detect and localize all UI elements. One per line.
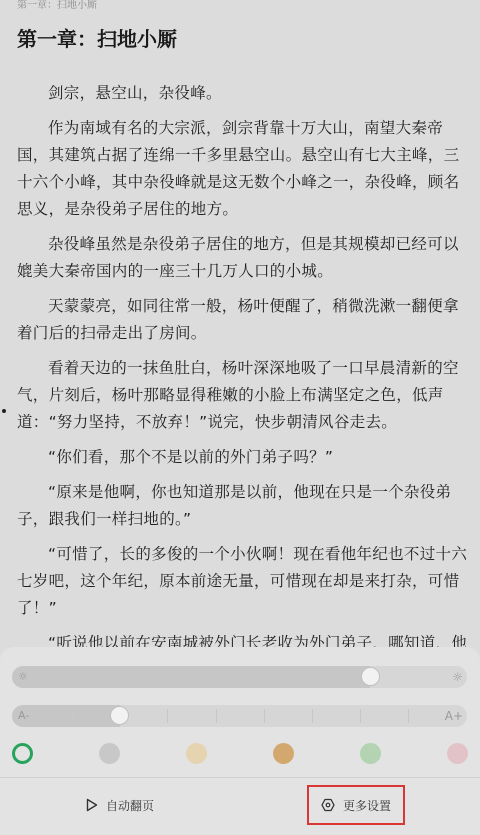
font-increase-icon[interactable]: A+ [445, 708, 463, 724]
brightness-low-icon: ☼ [18, 669, 28, 685]
auto-page-button[interactable]: 自动翻页 [86, 785, 154, 825]
reader-page[interactable]: 第一章：扫地小厮 第一章：扫地小厮 剑宗，悬空山，杂役峰。 作为南域有名的大宗派… [0, 0, 480, 835]
theme-swatch-cream[interactable] [186, 743, 207, 764]
chapter-title: 第一章：扫地小厮 [17, 26, 177, 52]
paragraph: 杂役峰虽然是杂役弟子居住的地方，但是其规模却已经可以媲美大秦帝国内的一座三十几万… [17, 231, 469, 285]
margin-dot [2, 409, 6, 413]
paragraph: “可惜了，长的多俊的一个小伙啊！现在看他年纪也不过十六七岁吧，这个年纪，原本前途… [17, 541, 469, 622]
paragraph: “原来是他啊，你也知道那是以前，他现在只是一个杂役弟子，跟我们一样扫地的。” [17, 479, 469, 533]
theme-swatch-tan[interactable] [273, 743, 294, 764]
brightness-thumb[interactable] [361, 667, 380, 686]
theme-swatch-gray[interactable] [99, 743, 120, 764]
font-size-thumb[interactable] [110, 706, 129, 725]
theme-swatch-pink[interactable] [447, 743, 468, 764]
paragraph: 剑宗，悬空山，杂役峰。 [17, 80, 469, 107]
font-size-tick [264, 709, 265, 723]
brightness-fill [12, 666, 370, 688]
chapter-content: 剑宗，悬空山，杂役峰。 作为南域有名的大宗派，剑宗背靠十万大山，南望大秦帝国，其… [17, 80, 469, 719]
font-size-slider[interactable]: A- A+ [12, 705, 467, 727]
paragraph: “你们看，那个不是以前的外门弟子吗？” [17, 444, 469, 471]
font-size-tick [312, 709, 313, 723]
more-settings-label: 更多设置 [343, 797, 391, 814]
font-decrease-icon[interactable]: A- [18, 708, 29, 724]
paragraph: 作为南域有名的大宗派，剑宗背靠十万大山，南望大秦帝国，其建筑占据了连绵一千多里悬… [17, 115, 469, 223]
paragraph: 天蒙蒙亮，如同往常一般，杨叶便醒了，稍微洗漱一翻便拿着门后的扫帚走出了房间。 [17, 293, 469, 347]
font-size-tick [216, 709, 217, 723]
settings-panel: ☼ ☼ A- A+ [0, 647, 480, 835]
theme-swatch-default[interactable] [12, 743, 33, 764]
auto-page-label: 自动翻页 [106, 797, 154, 814]
theme-swatch-green[interactable] [360, 743, 381, 764]
brightness-slider[interactable]: ☼ ☼ [12, 666, 467, 688]
paragraph: 看着天边的一抹鱼肚白，杨叶深深地吸了一口早晨清新的空气，片刻后，杨叶那略显得稚嫩… [17, 355, 469, 436]
font-size-tick [167, 709, 168, 723]
running-header: 第一章：扫地小厮 [17, 0, 97, 12]
settings-hexagon-icon [321, 798, 335, 812]
font-size-tick [408, 709, 409, 723]
play-icon [86, 798, 98, 812]
font-size-tick [72, 709, 73, 723]
panel-divider [0, 777, 480, 778]
font-size-tick [360, 709, 361, 723]
more-settings-button[interactable]: 更多设置 [307, 785, 405, 825]
brightness-high-icon: ☼ [452, 669, 463, 685]
theme-swatches [0, 743, 480, 773]
